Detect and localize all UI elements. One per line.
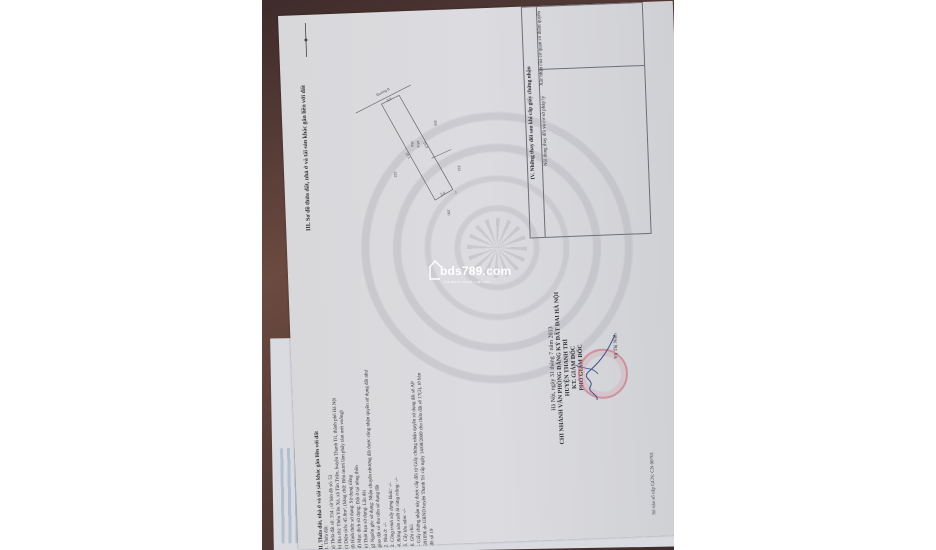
svg-text:45.8: 45.8	[416, 141, 420, 148]
svg-text:15.1: 15.1	[404, 152, 411, 160]
watermark-brand: bds789.com	[440, 264, 511, 278]
watermark: bds789.com SÀN BĐS KÝ TÍN SỐ 1 VIỆT NAM	[428, 262, 518, 292]
svg-text:354: 354	[410, 141, 414, 147]
svg-text:280: 280	[447, 210, 451, 216]
svg-text:222: 222	[393, 172, 397, 178]
svg-text:355: 355	[433, 120, 437, 126]
watermark-tagline: SÀN BĐS KÝ TÍN SỐ 1 VIỆT NAM	[444, 281, 490, 284]
plot-diagram: Đường B 3.0 3.0 15.1 15.3 354 45.8 222 3…	[351, 79, 476, 224]
serial-number: Số vào sổ cấp GCN: CN 00701	[649, 452, 658, 515]
section2-land-details: II. Thửa đất, nhà ở và tài sản khác gắn …	[311, 355, 437, 549]
svg-text:1: 1	[455, 190, 457, 194]
svg-text:333: 333	[457, 165, 461, 171]
svg-text:3.0: 3.0	[386, 97, 392, 103]
svg-text:15.3: 15.3	[422, 141, 429, 149]
section3-title: III. Sơ đồ thửa đất, nhà ở và tài sản kh…	[301, 85, 314, 231]
north-arrow-icon	[300, 23, 311, 62]
road-label: Đường B	[376, 87, 391, 97]
svg-text:3.0: 3.0	[440, 191, 446, 197]
signer-name: Vũ Thị Ninh	[612, 333, 620, 359]
